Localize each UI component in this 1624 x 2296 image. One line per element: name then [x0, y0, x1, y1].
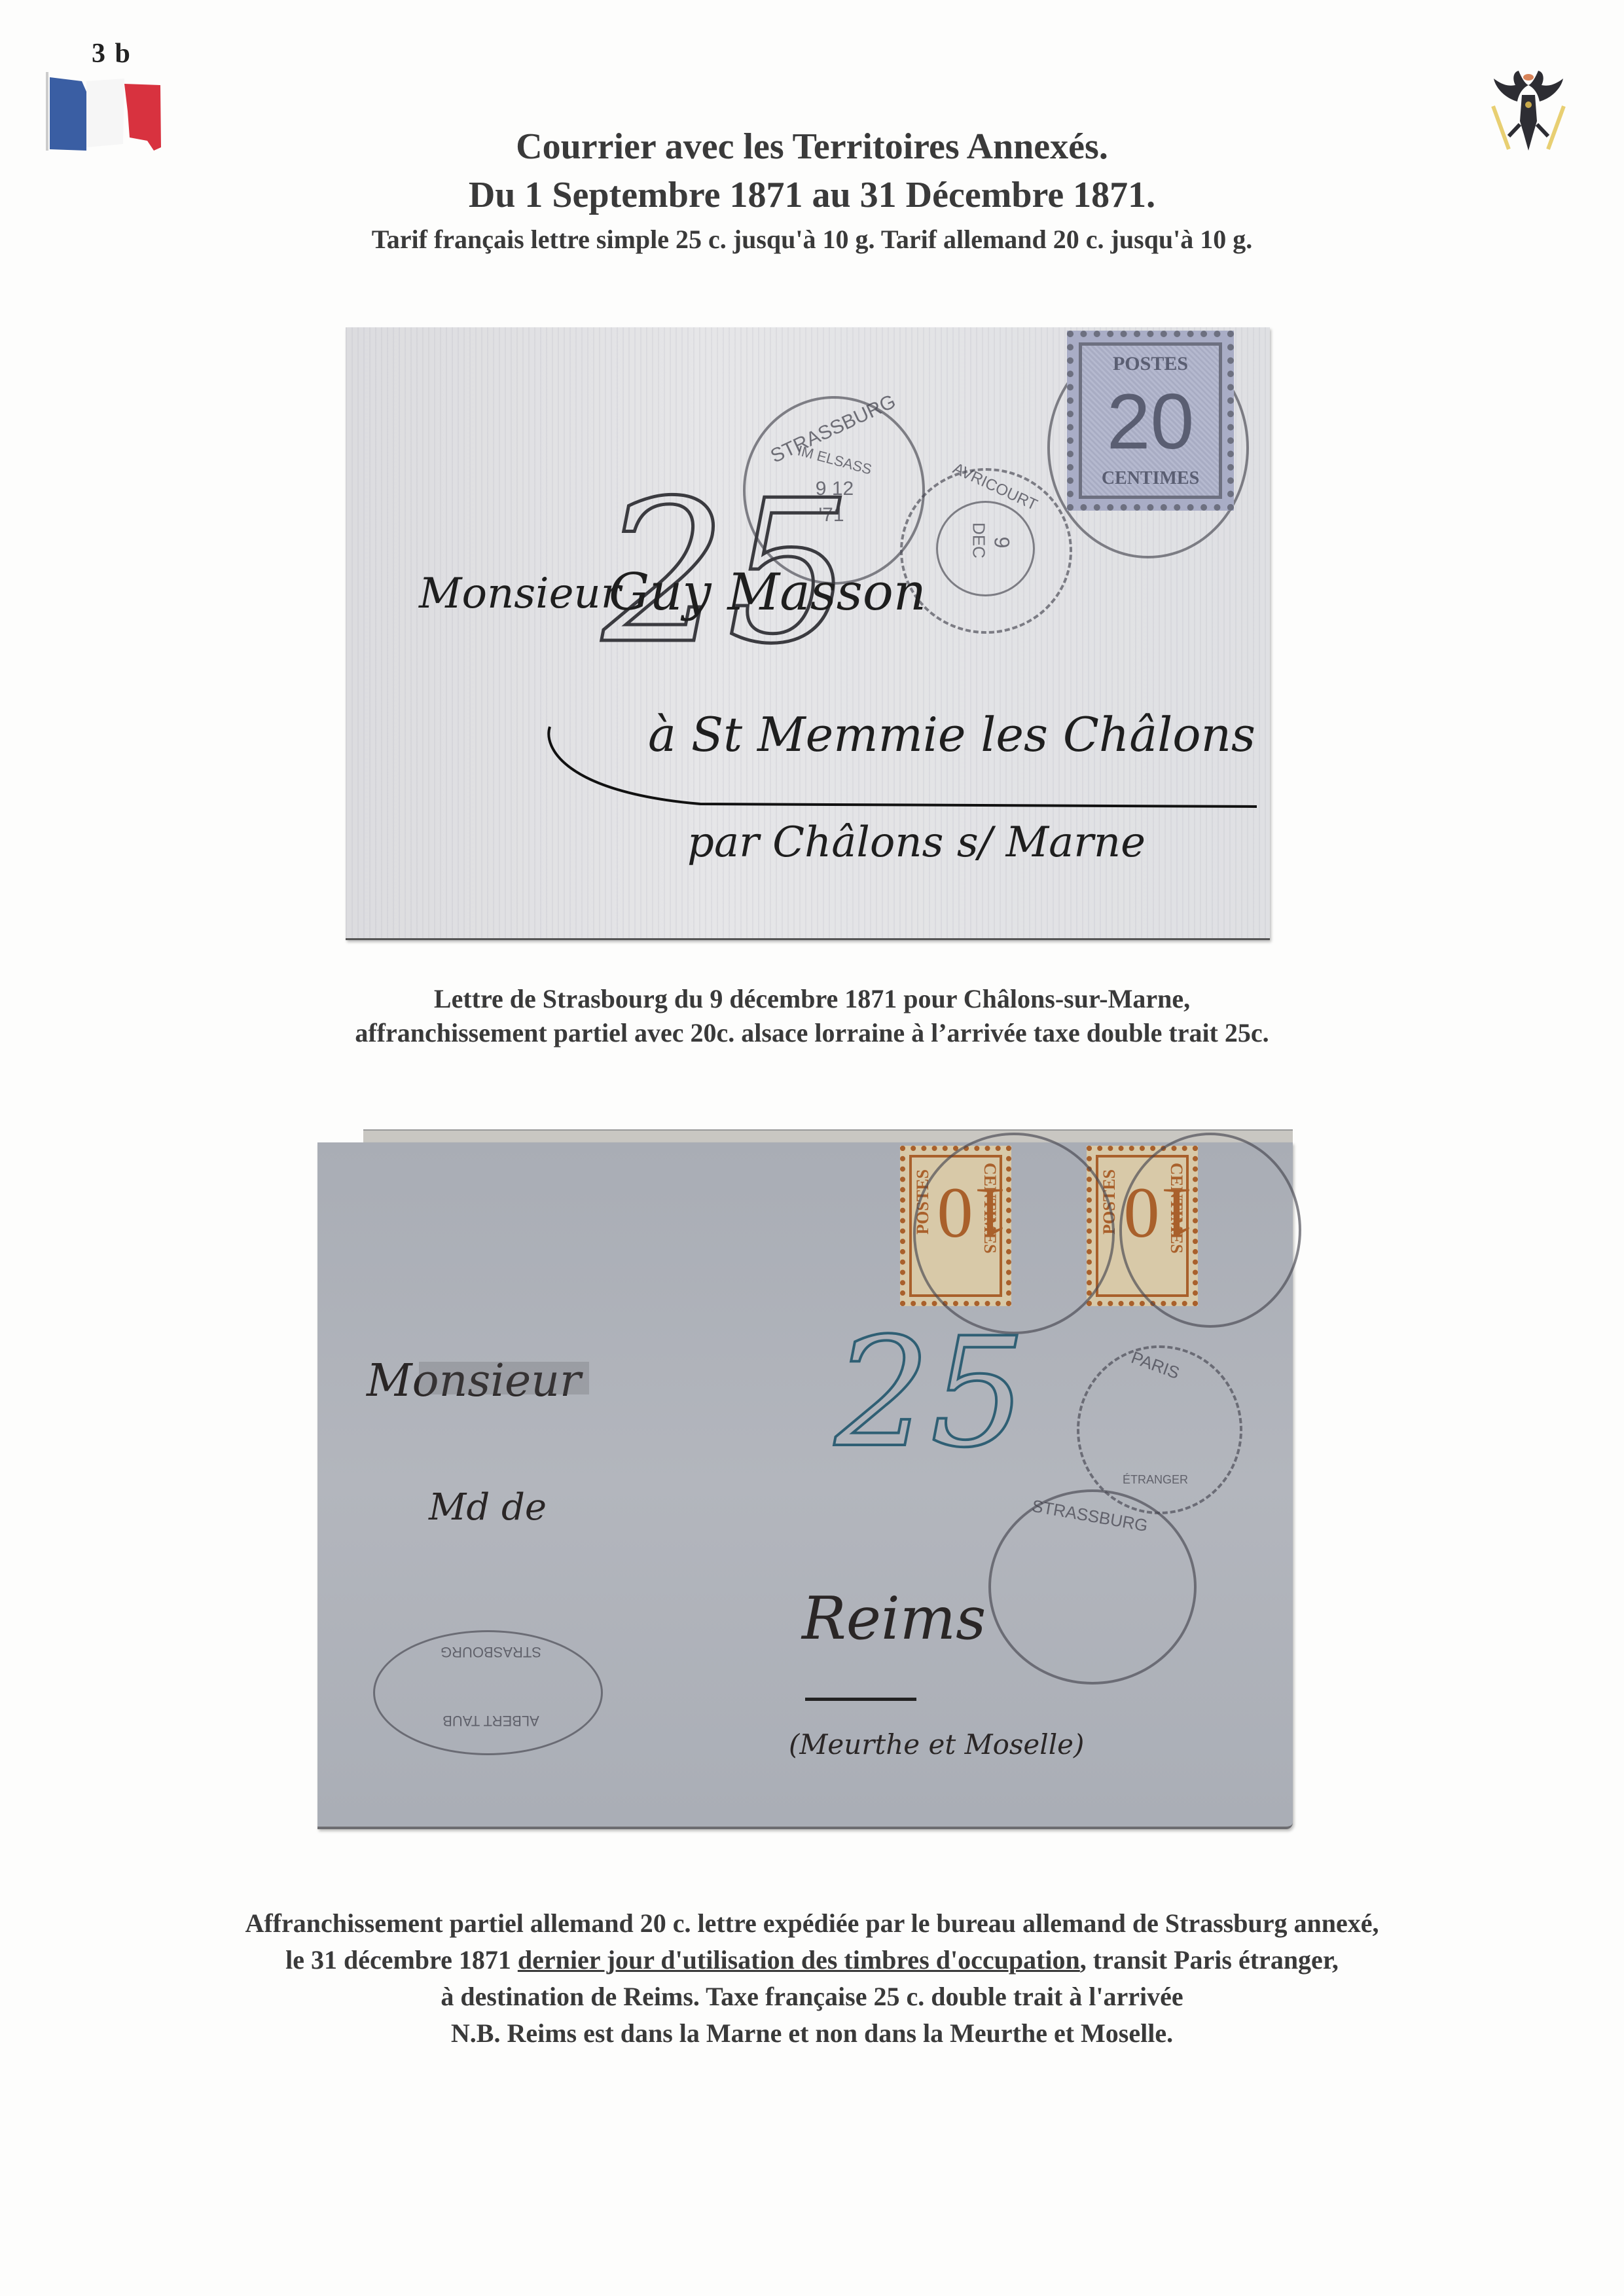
page-number: 3 b [92, 38, 132, 69]
address2-line-3: Reims [802, 1584, 986, 1653]
page-title: Courrier avec les Territoires Annexés. [0, 126, 1624, 168]
stamp-cancel-left [913, 1133, 1115, 1334]
taxe-mark-25-blue: 25 [835, 1306, 1026, 1481]
letter1-caption: Lettre de Strasbourg du 9 décembre 1871 … [0, 982, 1624, 1050]
underline-flourish [543, 720, 1263, 812]
stamp-cancel-right [1119, 1133, 1301, 1328]
stamp-20-centimes: POSTES 20 CENTIMES [1067, 331, 1234, 511]
tariff-line: Tarif français lettre simple 25 c. jusqu… [0, 224, 1624, 255]
avricourt-cancel-day: 9 [990, 530, 1014, 556]
avricourt-cancel-month: DEC [969, 521, 989, 560]
highlighted-phrase: dernier jour d'utilisation des timbres d… [518, 1945, 1080, 1975]
paris-cancel-subtext: ÉTRANGER [1100, 1473, 1211, 1487]
address2-line-4: (Meurthe et Moselle) [789, 1728, 1084, 1760]
address-line-4: par Châlons s/ Marne [687, 818, 1146, 867]
letter2-caption: Affranchissement partiel allemand 20 c. … [0, 1905, 1624, 2052]
address-line-2: Guy Masson [609, 563, 926, 622]
seal-text: ALBERT TAUB [419, 1712, 563, 1729]
address-line-1: Monsieur [419, 570, 621, 618]
seal-subtext: STRASBOURG [419, 1643, 563, 1660]
reims-underline [805, 1698, 916, 1701]
crossed-out-name [419, 1362, 589, 1394]
period-subtitle: Du 1 Septembre 1871 au 31 Décembre 1871. [0, 174, 1624, 216]
address2-line-2: Md de [429, 1486, 547, 1529]
